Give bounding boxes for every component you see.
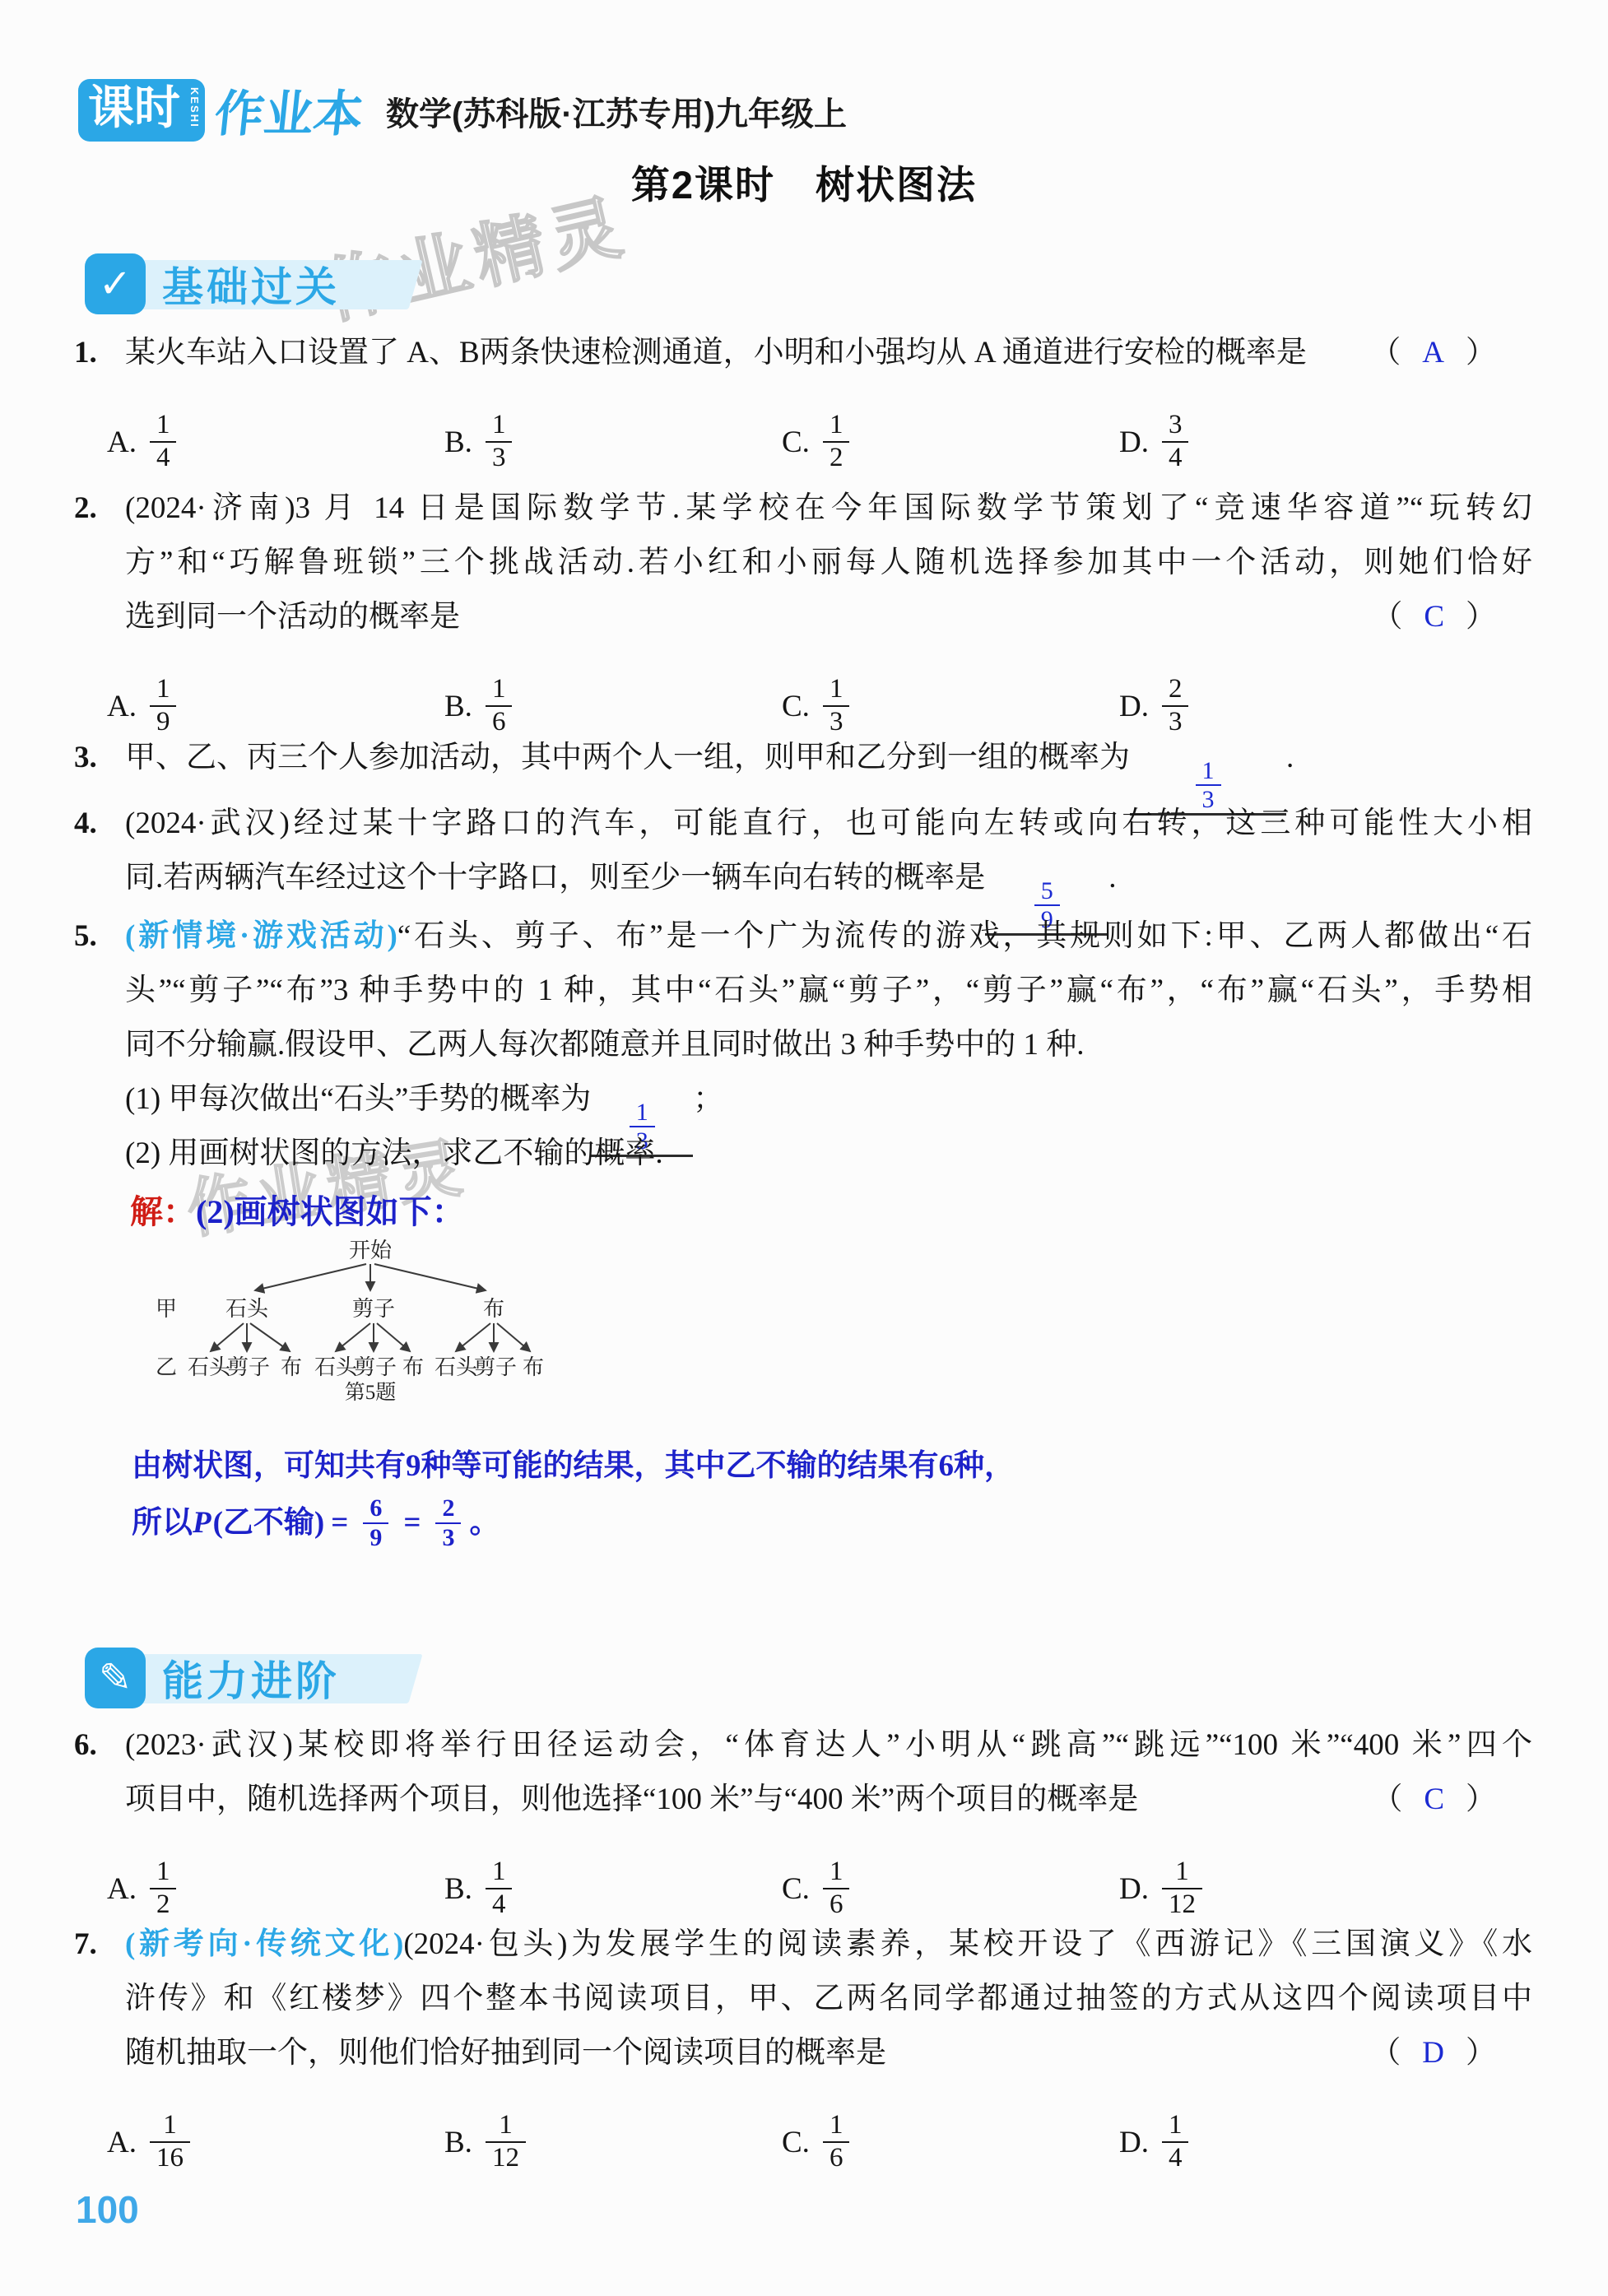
paren-close: ） [1466,1782,1496,1816]
option-label: B. [444,2125,472,2160]
fraction-denominator: 2 [150,1888,177,1921]
fraction-denominator: 2 [823,441,850,474]
answer-slot: （D） [1370,2026,1496,2080]
solution-conclusion-1: 由树状图，可知共有9种等可能的结果，其中乙不输的结果有6种， [132,1442,1015,1491]
question-5: 5.(新情境·游戏活动)“石头、剪子、布”是一个广为流传的游戏，其规则如下:甲、… [74,909,1532,1181]
fraction-numerator: 1 [823,2110,850,2141]
fraction-numerator: 1 [823,674,850,705]
option-fraction: 13 [823,674,850,738]
question-7-line1: 7.(新考向·传统文化)(2024·包头)为发展学生的阅读素养，某校开设了《西游… [74,1917,1532,1972]
question-body: 某火车站入口设置了 A、B两条快速检测通道，小明和小强均从 A 通道进行安检的概… [125,336,1307,369]
tree-node: 布 [483,1297,504,1321]
tree-node: 石头 [225,1297,269,1321]
option-a: A.14 [107,410,444,474]
option-b: B.16 [444,674,782,738]
paren-close: ） [1466,336,1496,369]
fraction-denominator: 4 [1162,441,1189,474]
question-5-sub2: (2) 用画树状图的方法，求乙不输的概率. [74,1127,1532,1181]
section-label: 能力进阶 [162,1648,340,1708]
option-label: D. [1119,689,1149,724]
fraction-numerator: 5 [1034,877,1060,904]
section-label: 基础过关 [162,254,340,314]
question-body: 随机抽取一个，则他们恰好抽到同一个阅读项目的概率是 [125,2026,886,2080]
question-1-line: 1.某火车站入口设置了 A、B两条快速检测通道，小明和小强均从 A 通道进行安检… [74,326,1532,380]
result-fraction: 23 [435,1494,461,1553]
fraction-numerator: 1 [1162,2110,1189,2141]
book-subject: 数学(苏科版·江苏专用)九年级上 [386,88,847,142]
question-tag: (新情境·游戏活动) [125,919,397,953]
question-7: 7.(新考向·传统文化)(2024·包头)为发展学生的阅读素养，某校开设了《西游… [74,1917,1532,2194]
option-fraction: 14 [1162,2110,1189,2174]
question-2-line3: 选到同一个活动的概率是 （C） [74,590,1532,644]
question-body: (2024·包头)为发展学生的阅读素养，某校开设了《西游记》《三国演义》《水 [403,1927,1532,1961]
sentence-end: ； [693,1082,723,1116]
question-tag: (新考向·传统文化) [125,1927,403,1961]
subquestion-text: (1) 甲每次做出“石头”手势的概率为 [125,1082,591,1116]
question-number: 2. [74,481,125,536]
question-2-line2: 方”和“巧解鲁班锁”三个挑战活动.若小红和小丽每人随机选择参加其中一个活动，则她… [74,536,1532,590]
question-4-line1: 4.(2024·武汉)经过某十字路口的汽车，可能直行，也可能向左转或向右转，这三… [74,797,1532,851]
question-5-sub1: (1) 甲每次做出“石头”手势的概率为13； [74,1072,1532,1127]
brand-logo-rest: 作业本 [212,87,366,142]
fraction-numerator: 1 [150,410,177,441]
option-fraction: 13 [486,410,513,474]
option-b: B.112 [444,2110,782,2174]
fraction-numerator: 1 [486,1857,513,1888]
solution-jie: 解： [130,1193,196,1230]
question-5-line1: 5.(新情境·游戏活动)“石头、剪子、布”是一个广为流传的游戏，其规则如下:甲、… [74,909,1532,964]
option-d: D.112 [1119,1857,1457,1921]
tree-leaf: 石头 [314,1355,358,1379]
fraction-numerator: 1 [150,2110,190,2141]
question-6: 6.(2023·武汉)某校即将举行田径运动会，“体育达人”小明从“跳高”“跳远”… [74,1718,1532,1940]
option-label: A. [107,1871,137,1907]
fraction-numerator: 2 [435,1494,461,1523]
tree-caption: 第5题 [345,1381,397,1404]
question-4: 4.(2024·武汉)经过某十字路口的汽车，可能直行，也可能向左转或向右转，这三… [74,797,1532,905]
fraction-denominator: 6 [823,1888,850,1921]
tree-leaf: 布 [523,1355,544,1379]
question-5-line2: 头”“剪子”“布”3 种手势中的 1 种，其中“石头”赢“剪子”，“剪子”赢“布… [74,964,1532,1018]
question-7-line2: 浒传》和《红楼梦》四个整本书阅读项目，甲、乙两名同学都通过抽签的方式从这四个阅读… [74,1972,1532,2026]
tree-leaf: 石头 [188,1355,231,1379]
question-3: 3.甲、乙、丙三个人参加活动，其中两个人一组，则甲和乙分到一组的概率为13. [74,731,1532,785]
question-number: 1. [74,326,125,380]
option-label: A. [107,425,137,460]
answer-letter: C [1402,1782,1466,1816]
question-body: 同.若两辆汽车经过这个十字路口，则至少一辆车向右转的概率是 [125,861,985,895]
option-label: B. [444,689,472,724]
option-c: C.16 [782,2110,1119,2174]
tree-root: 开始 [349,1239,393,1262]
question-number: 5. [74,909,125,964]
option-fraction: 16 [823,2110,850,2174]
fraction-numerator: 1 [1196,757,1221,784]
fraction-denominator: 3 [486,441,513,474]
fraction-denominator: 9 [363,1522,388,1553]
question-4-line2: 同.若两辆汽车经过这个十字路口，则至少一辆车向右转的概率是59. [74,851,1532,905]
option-a: A.19 [107,674,444,738]
answer-slot: （C） [1372,590,1496,644]
option-label: C. [782,1871,810,1907]
question-6-line1: 6.(2023·武汉)某校即将举行田径运动会，“体育达人”小明从“跳高”“跳远”… [74,1718,1532,1773]
options-row: A.116 B.112 C.16 D.14 [74,2090,1532,2194]
question-number: 3. [74,731,125,785]
tree-leaf: 剪子 [474,1355,517,1379]
paren-open: （ [1370,336,1401,369]
solution-heading: 解：(2)画树状图如下： [130,1187,465,1238]
tree-row1-label: 甲 [156,1297,177,1321]
fraction-numerator: 1 [486,2110,526,2141]
option-b: B.14 [444,1857,782,1921]
option-fraction: 112 [486,2110,526,2174]
option-fraction: 16 [823,1857,850,1921]
fraction-denominator: 6 [823,2141,850,2174]
option-label: B. [444,1871,472,1907]
equals-sign: = [331,1499,348,1548]
option-label: D. [1119,425,1149,460]
tree-node: 剪子 [352,1297,395,1321]
options-row: A.14 B.13 C.12 D.34 [74,390,1532,494]
fraction-denominator: 4 [486,1888,513,1921]
fraction-numerator: 1 [823,1857,850,1888]
option-a: A.12 [107,1857,444,1921]
option-c: C.12 [782,410,1119,474]
tree-leaf: 剪子 [227,1355,270,1379]
tree-diagram: 开始 甲 石头 剪子 布 乙 石头 剪子 布 石头 剪子 布 石头 剪子 布 第… [123,1233,584,1406]
brand-logo-pinyin: KESHI [188,87,200,128]
question-2: 2.(2024·济南)3 月 14 日是国际数学节.某学校在今年国际数学节策划了… [74,481,1532,758]
fraction-numerator: 1 [150,1857,177,1888]
paren-close: ） [1466,600,1496,634]
fraction-numerator: 1 [823,410,850,441]
event-name: (乙不输) [213,1499,325,1548]
question-body: (2023·武汉)某校即将举行田径运动会，“体育达人”小明从“跳高”“跳远”“1… [125,1728,1532,1762]
fraction-numerator: 1 [630,1099,655,1126]
option-label: C. [782,2125,810,2160]
option-fraction: 19 [150,674,177,738]
option-label: D. [1119,1871,1149,1907]
question-text: 1.某火车站入口设置了 A、B两条快速检测通道，小明和小强均从 A 通道进行安检… [74,326,1307,380]
tree-leaf: 布 [402,1355,424,1379]
header: 课时 KESHI 作业本 数学(苏科版·江苏专用)九年级上 [78,79,847,142]
tree-leaf: 剪子 [354,1355,397,1379]
question-1: 1.某火车站入口设置了 A、B两条快速检测通道，小明和小强均从 A 通道进行安检… [74,326,1532,494]
option-label: B. [444,425,472,460]
result-fraction: 69 [363,1494,388,1553]
check-icon: ✓ [85,253,146,314]
option-label: A. [107,2125,137,2160]
option-label: C. [782,689,810,724]
tree-row2-label: 乙 [156,1355,177,1379]
solution-conclusion-2: 所以P(乙不输)=69=23。 [132,1486,500,1560]
section-badge-advanced: ✎ 能力进阶 [85,1646,340,1710]
question-body: 甲、乙、丙三个人参加活动，其中两个人一组，则甲和乙分到一组的概率为 [125,741,1130,774]
answer-letter: A [1401,336,1466,369]
question-2-line1: 2.(2024·济南)3 月 14 日是国际数学节.某学校在今年国际数学节策划了… [74,481,1532,536]
option-label: D. [1119,2125,1149,2160]
conclusion-prefix: 所以 [132,1499,193,1548]
paren-open: （ [1370,2036,1401,2070]
probability-symbol: P [193,1499,213,1548]
question-body: 选到同一个活动的概率是 [125,590,460,644]
option-fraction: 12 [150,1857,177,1921]
question-body: 项目中，随机选择两个项目，则他选择“100 米”与“400 米”两个项目的概率是 [125,1773,1138,1827]
fraction-numerator: 2 [1162,674,1189,705]
brand-logo-main: 课时 [88,81,180,133]
sentence-end: 。 [469,1499,500,1548]
question-number: 6. [74,1718,125,1773]
option-label: C. [782,425,810,460]
fraction-denominator: 3 [435,1522,461,1553]
question-body: (2024·武汉)经过某十字路口的汽车，可能直行，也可能向左转或向右转，这三种可… [125,806,1532,840]
pen-icon: ✎ [85,1648,146,1708]
option-fraction: 16 [486,674,513,738]
option-fraction: 112 [1162,1857,1202,1921]
question-body: “石头、剪子、布”是一个广为流传的游戏，其规则如下:甲、乙两人都做出“石 [397,919,1532,953]
question-3-line: 3.甲、乙、丙三个人参加活动，其中两个人一组，则甲和乙分到一组的概率为13. [74,731,1532,785]
paren-close: ） [1466,2036,1496,2070]
fraction-numerator: 6 [363,1494,388,1523]
fraction-numerator: 1 [1162,1857,1202,1888]
paren-open: （ [1372,600,1402,634]
solution-intro: (2)画树状图如下： [196,1193,465,1230]
question-number: 7. [74,1917,125,1972]
option-d: D.23 [1119,674,1457,738]
option-c: C.13 [782,674,1119,738]
option-c: C.16 [782,1857,1119,1921]
equals-sign: = [403,1499,421,1548]
fraction-denominator: 4 [150,441,177,474]
answer-slot: （A） [1370,326,1496,380]
worksheet-page: 课时 KESHI 作业本 数学(苏科版·江苏专用)九年级上 第2课时 树状图法 … [0,0,1608,2296]
option-fraction: 14 [486,1857,513,1921]
page-title: 第2课时 树状图法 [0,155,1608,210]
section-badge-basics: ✓ 基础过关 [85,252,340,316]
fraction-denominator: 12 [1162,1888,1202,1921]
fraction-denominator: 16 [150,2141,190,2174]
fraction-numerator: 1 [486,410,513,441]
tree-leaf: 石头 [435,1355,478,1379]
fraction-denominator: 4 [1162,2141,1189,2174]
option-fraction: 14 [150,410,177,474]
answer-letter: C [1402,600,1466,634]
sentence-end: . [1108,861,1116,895]
option-label: A. [107,689,137,724]
question-6-line2: 项目中，随机选择两个项目，则他选择“100 米”与“400 米”两个项目的概率是… [74,1773,1532,1827]
tree-leaf: 布 [281,1355,302,1379]
option-d: D.14 [1119,2110,1457,2174]
fraction-denominator: 12 [486,2141,526,2174]
question-7-line3: 随机抽取一个，则他们恰好抽到同一个阅读项目的概率是 （D） [74,2026,1532,2080]
option-fraction: 12 [823,410,850,474]
option-fraction: 116 [150,2110,190,2174]
option-a: A.116 [107,2110,444,2174]
page-number: 100 [76,2187,139,2232]
paren-open: （ [1372,1782,1402,1816]
fraction-numerator: 1 [486,674,513,705]
option-b: B.13 [444,410,782,474]
question-body: (2024·济南)3 月 14 日是国际数学节.某学校在今年国际数学节策划了“竞… [125,491,1532,525]
sentence-end: . [1286,741,1294,774]
option-d: D.34 [1119,410,1457,474]
fraction-numerator: 3 [1162,410,1189,441]
question-5-line3: 同不分输赢.假设甲、乙两人每次都随意并且同时做出 3 种手势中的 1 种. [74,1018,1532,1072]
question-number: 4. [74,797,125,851]
option-fraction: 34 [1162,410,1189,474]
brand-logo: 课时 KESHI [78,79,205,142]
answer-slot: （C） [1372,1773,1496,1827]
fraction-numerator: 1 [150,674,177,705]
answer-letter: D [1401,2036,1466,2070]
option-fraction: 23 [1162,674,1189,738]
